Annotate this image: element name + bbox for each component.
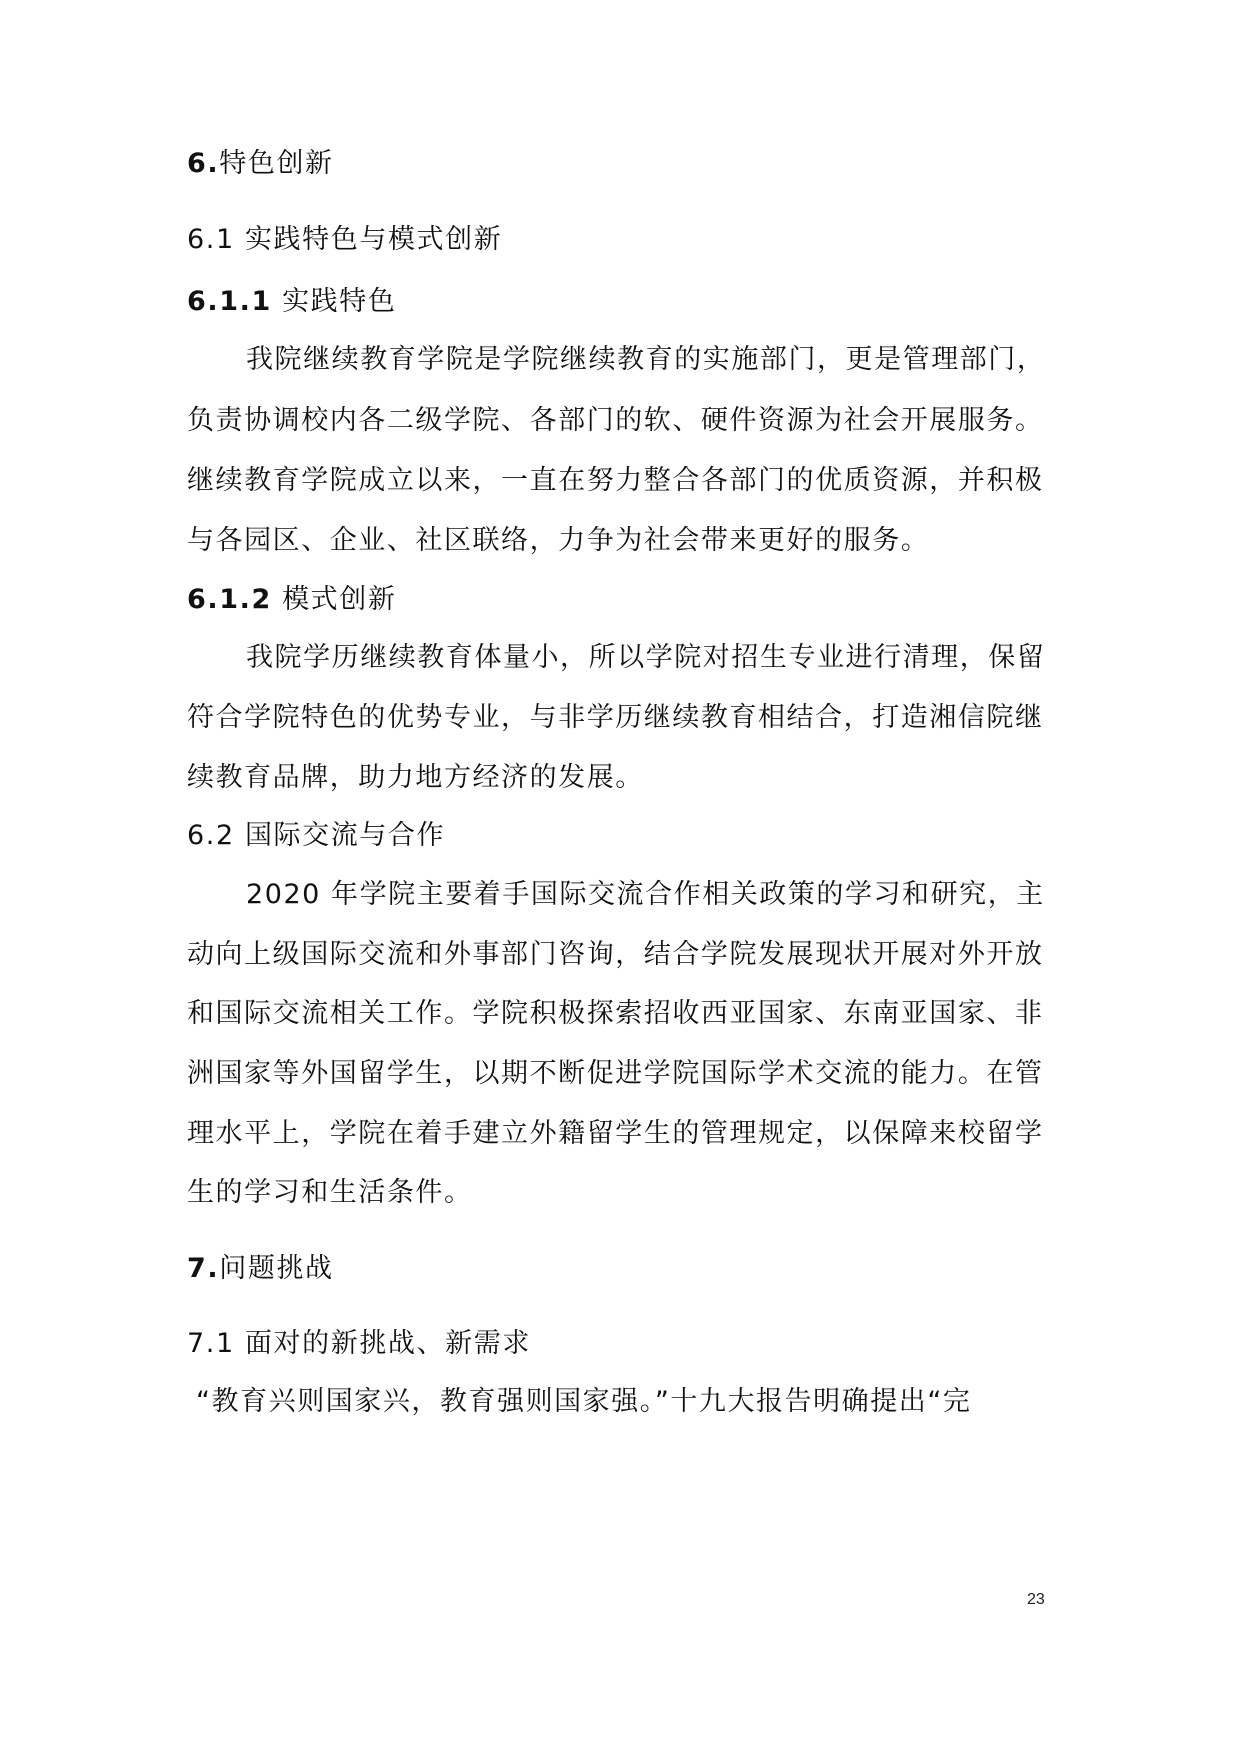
- heading-section-7: 7.问题挑战: [187, 1251, 334, 1287]
- heading-number: 6.2: [187, 820, 235, 851]
- heading-title: 国际交流与合作: [245, 820, 445, 851]
- paragraph-line: 动向上级国际交流和外事部门咨询，结合学院发展现状开展对外开放: [187, 937, 1044, 973]
- heading-number: 6.1.2: [187, 584, 272, 615]
- paragraph-line: “教育兴则国家兴，教育强则国家强。”十九大报告明确提出“完: [196, 1384, 971, 1420]
- paragraph-line: 负责协调校内各二级学院、各部门的软、硬件资源为社会开展服务。: [187, 403, 1044, 439]
- paragraph-line: 继续教育学院成立以来，一直在努力整合各部门的优质资源，并积极: [187, 463, 1044, 499]
- paragraph-line: 我院学历继续教育体量小，所以学院对招生专业进行清理，保留: [246, 640, 1045, 676]
- heading-title: 模式创新: [282, 584, 396, 615]
- paragraph-line: 2020 年学院主要着手国际交流合作相关政策的学习和研究，主: [246, 877, 1045, 913]
- heading-title: 问题挑战: [219, 1253, 333, 1284]
- paragraph-line: 我院继续教育学院是学院继续教育的实施部门，更是管理部门，: [246, 342, 1045, 378]
- heading-number: 7.: [187, 1253, 219, 1284]
- heading-section-6: 6.特色创新: [187, 146, 334, 182]
- heading-section-6-1-1: 6.1.1 实践特色: [187, 284, 396, 320]
- paragraph-line: 生的学习和生活条件。: [187, 1175, 473, 1211]
- heading-title: 特色创新: [219, 148, 333, 179]
- heading-number: 7.1: [187, 1328, 235, 1359]
- heading-title: 实践特色: [282, 286, 396, 317]
- heading-section-6-1: 6.1 实践特色与模式创新: [187, 222, 502, 258]
- heading-title: 实践特色与模式创新: [245, 224, 502, 255]
- page-number: 23: [1027, 1590, 1045, 1610]
- heading-section-6-2: 6.2 国际交流与合作: [187, 818, 445, 854]
- paragraph-line: 和国际交流相关工作。学院积极探索招收西亚国家、东南亚国家、非: [187, 996, 1044, 1032]
- heading-title: 面对的新挑战、新需求: [245, 1328, 531, 1359]
- paragraph-line: 续教育品牌，助力地方经济的发展。: [187, 760, 644, 796]
- paragraph-line: 符合学院特色的优势专业，与非学历继续教育相结合，打造湘信院继: [187, 700, 1044, 736]
- heading-number: 6.1.1: [187, 286, 272, 317]
- heading-number: 6.1: [187, 224, 235, 255]
- document-page: 6.特色创新 6.1 实践特色与模式创新 6.1.1 实践特色 我院继续教育学院…: [0, 0, 1240, 1754]
- paragraph-line: 洲国家等外国留学生，以期不断促进学院国际学术交流的能力。在管: [187, 1056, 1044, 1092]
- heading-section-7-1: 7.1 面对的新挑战、新需求: [187, 1326, 531, 1362]
- paragraph-line: 与各园区、企业、社区联络，力争为社会带来更好的服务。: [187, 523, 929, 559]
- heading-section-6-1-2: 6.1.2 模式创新: [187, 582, 396, 618]
- heading-number: 6.: [187, 148, 219, 179]
- paragraph-line: 理水平上，学院在着手建立外籍留学生的管理规定，以保障来校留学: [187, 1116, 1044, 1152]
